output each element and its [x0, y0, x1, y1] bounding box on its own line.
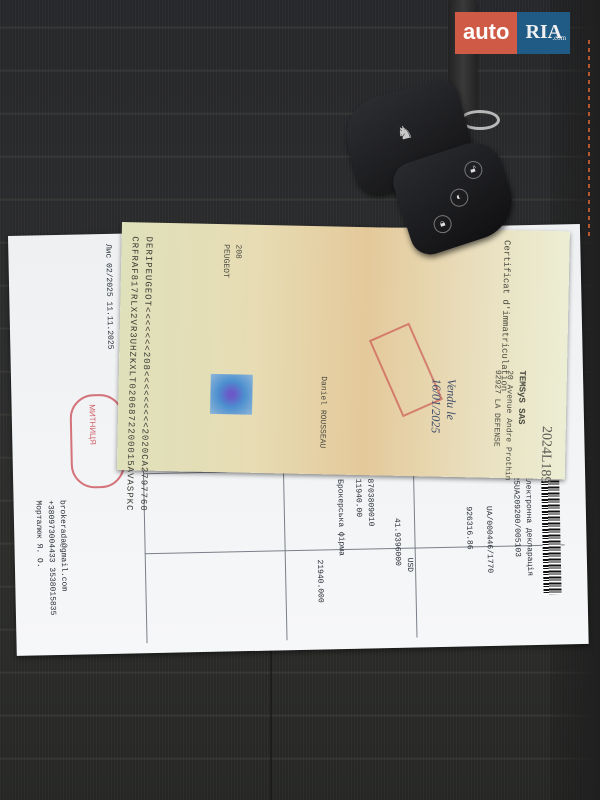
customs-sender-1: Морталюк Я. О.: [34, 500, 44, 567]
cert-doc-number: 2024L189: [537, 426, 554, 484]
watermark-ria: RIA.com: [517, 12, 570, 54]
lights-icon: ◐: [448, 186, 471, 209]
customs-amount-3: 8703809010: [365, 478, 375, 526]
customs-label: Брокерська фірма: [335, 479, 346, 556]
customs-title: Електронна декларація: [523, 475, 534, 576]
customs-amount-4: 21940.000: [315, 559, 325, 602]
autoria-watermark: auto RIA.com: [455, 12, 570, 54]
customs-code: UA/000446/1770: [484, 506, 494, 573]
car-seat-photo: МИТНИЦЯ Лис 02/2025 11.11.2025 Морталюк …: [0, 0, 600, 800]
lock-icon: 🔒︎: [431, 213, 454, 236]
cert-title: Certificat d'immatriculation: [499, 240, 512, 391]
customs-date: Лис 02/2025 11.11.2025: [103, 244, 114, 350]
customs-rate: 41.9396000: [392, 518, 402, 566]
customs-decl-number: 25UA209200/005103: [511, 475, 522, 557]
cert-company: TEMSyS SAS: [516, 370, 527, 424]
customs-amount-1: 926316.86: [464, 506, 474, 549]
barcode: [541, 475, 562, 595]
hologram: [210, 374, 253, 415]
customs-amount-2: 11940.00: [353, 479, 363, 518]
cert-model-2: 208: [233, 244, 242, 259]
handwritten-note: Vendu le 16/01/2025: [427, 378, 459, 477]
customs-sender-3: brokerada@gmail.com: [58, 500, 69, 591]
peugeot-lion-icon: ♞: [394, 121, 415, 145]
signature-label: Daniel ROUSSEAU: [317, 376, 328, 448]
watermark-auto: auto: [455, 12, 517, 54]
seat-stitching: [588, 40, 590, 240]
mrz-line-1: CRFRAF817RLX2VR3UHZKXLT0206872200015AVAS…: [124, 236, 140, 511]
cert-model-1: PEUGEOT: [221, 244, 231, 278]
customs-sender-2: +380973004433 3538015835: [46, 500, 57, 615]
unlock-icon: 🔓︎: [462, 159, 485, 182]
cert-address-1: 20 Avenue Andre Prothin: [503, 370, 514, 481]
cert-address-2: 92927 LA DEFENSE: [491, 370, 502, 447]
registration-certificate: CRFRAF817RLX2VR3UHZKXLT0206872200015AVAS…: [117, 222, 570, 479]
mrz-line-2: DERIPEUGEOT<<<<<<<208<<<<<<<<<2020CA2797…: [138, 236, 154, 511]
customs-currency: USD: [405, 558, 414, 573]
customs-stamp-text: МИТНИЦЯ: [88, 404, 98, 445]
watermark-domain: .com: [552, 23, 566, 53]
